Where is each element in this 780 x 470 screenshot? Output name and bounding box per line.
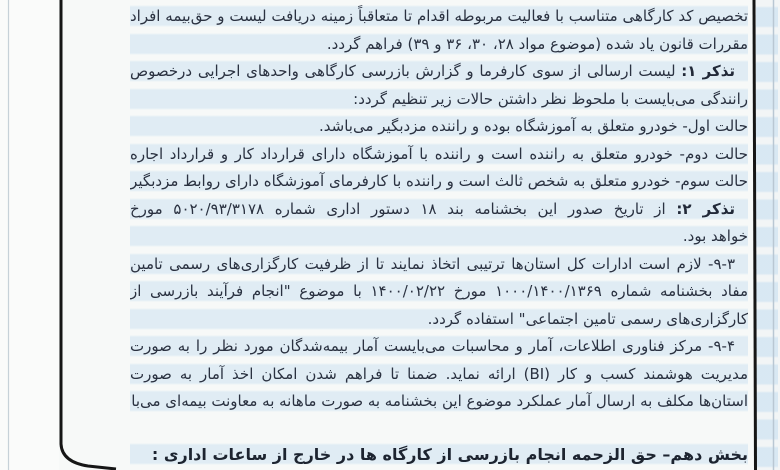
note1-text: لیست ارسالی از سوی کارفرما و گزارش بازرس… bbox=[130, 62, 735, 86]
item-9-4-line: استان‌ها مکلف به ارسال آمار عملکرد موضوع… bbox=[130, 388, 748, 416]
document-text-block: تخصیص کد کارگاهی متناسب با فعالیت مربوطه… bbox=[130, 3, 748, 470]
section-ten-heading: بخش دهم– حق الزحمه انجام بازرسی از کارگا… bbox=[130, 441, 748, 470]
note1-label: تذکر ۱: bbox=[681, 62, 735, 80]
document-page: تخصیص کد کارگاهی متناسب با فعالیت مربوطه… bbox=[0, 0, 780, 470]
case-third-line: حالت سوم- خودرو متعلق به شخص ثالث است و … bbox=[130, 168, 748, 196]
item-9-4-line: مدیریت هوشمند کسب و کار (BI) ارائه نماید… bbox=[130, 361, 748, 389]
item-9-3-line: ۹-۳- لازم است ادارات کل استان‌ها ترتیبی … bbox=[130, 251, 748, 279]
paragraph-line: تخصیص کد کارگاهی متناسب با فعالیت مربوطه… bbox=[130, 3, 748, 31]
note1-line: تذکر ۱: لیست ارسالی از سوی کارفرما و گزا… bbox=[130, 58, 748, 86]
page-left-margin bbox=[0, 0, 59, 470]
note2-text: از تاریخ صدور این بخشنامه بند ۱۸ دستور ا… bbox=[130, 200, 735, 224]
scan-tint-strip bbox=[756, 3, 778, 470]
note2-label: تذکر ۲: bbox=[676, 200, 735, 218]
item-9-3-line: مفاد بخشنامه شماره ۱۰۰۰/۱۴۰۰/۱۳۶۹ مورخ ۱… bbox=[130, 278, 748, 306]
item-9-3-line: کارگزاری‌های رسمی تامین اجتماعی" استفاده… bbox=[130, 306, 748, 334]
paragraph-line: مقررات قانون یاد شده (موضوع مواد ۲۸، ۳۰،… bbox=[130, 31, 748, 59]
note2-line: خواهد بود. bbox=[130, 223, 748, 251]
item-9-4-line: ۹-۴- مرکز فناوری اطلاعات، آمار و محاسبات… bbox=[130, 333, 748, 361]
case-first-line: حالت اول- خودرو متعلق به آموزشگاه بوده و… bbox=[130, 113, 748, 141]
case-second-line: حالت دوم- خودرو متعلق به راننده است و را… bbox=[130, 141, 748, 169]
paragraph-gap bbox=[130, 416, 748, 441]
note1-line: رانندگی می‌بایست با ملحوظ نظر داشتن حالا… bbox=[130, 86, 748, 114]
note2-line: تذکر ۲: از تاریخ صدور این بخشنامه بند ۱۸… bbox=[130, 196, 748, 224]
